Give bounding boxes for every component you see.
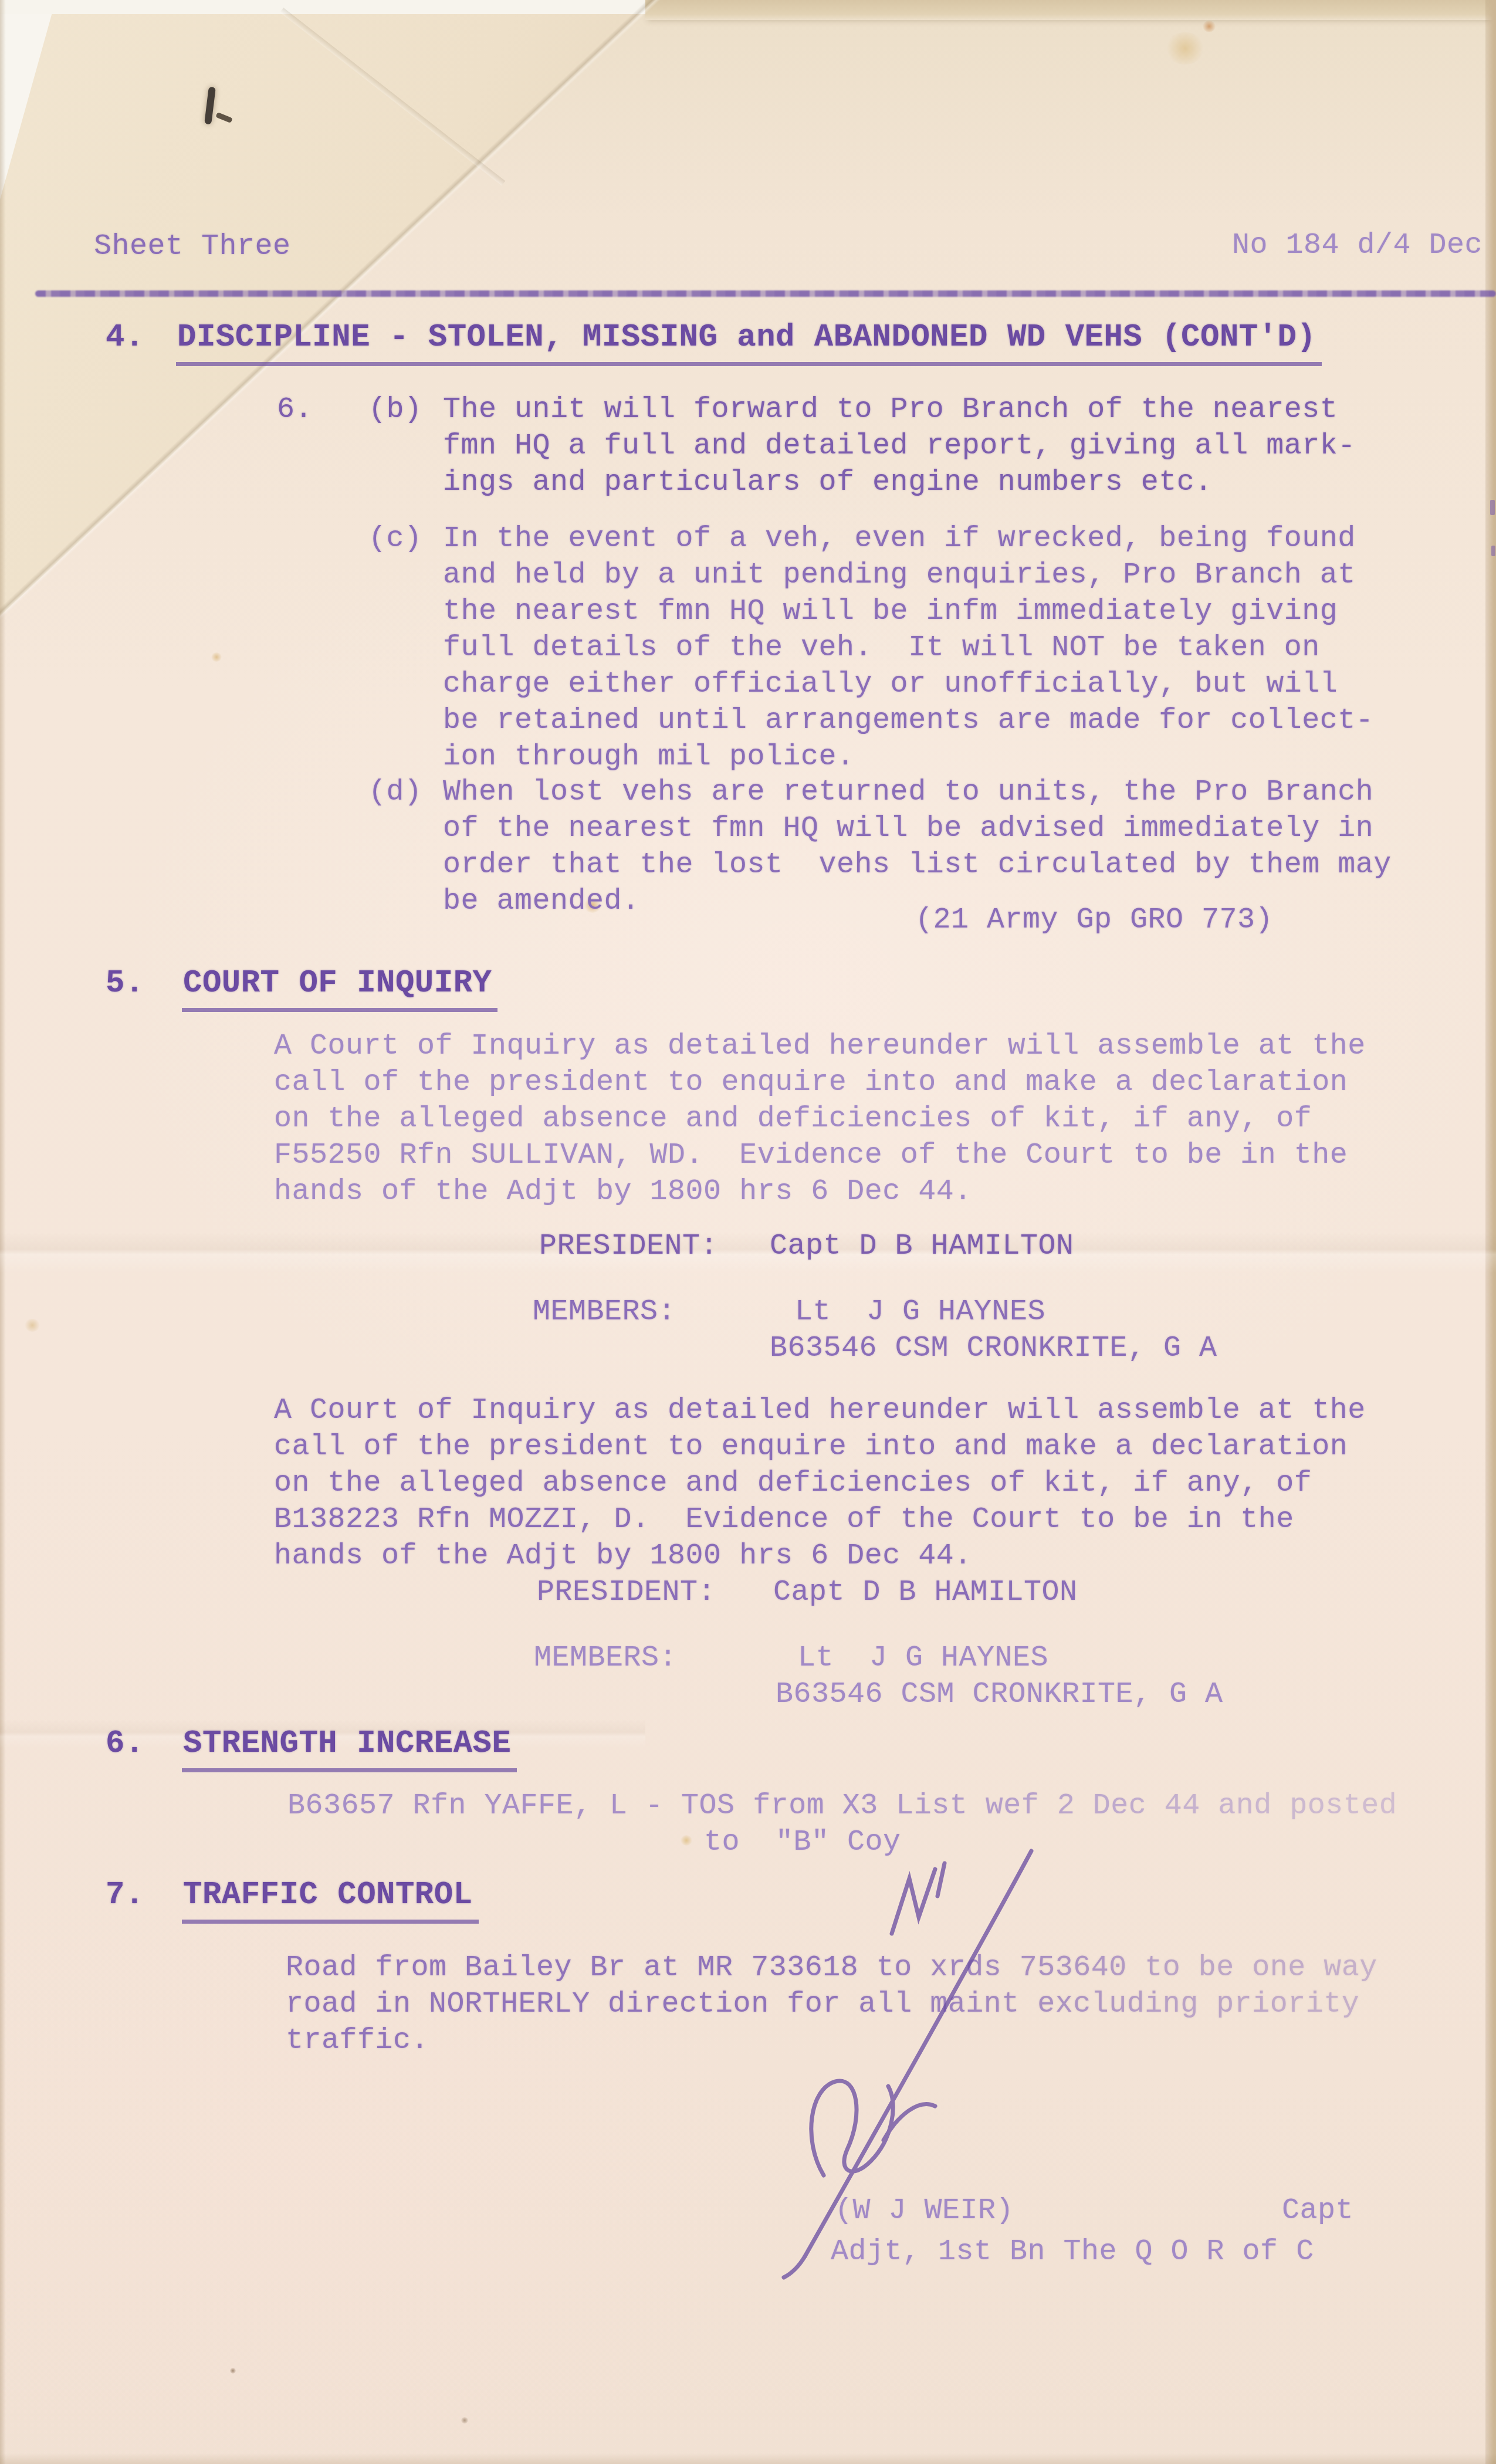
scanned-document-page: Sheet Three No 184 d/4 Dec 4. DISCIPLINE… <box>0 0 1496 2464</box>
handwritten-signature-ink <box>0 0 1496 2464</box>
